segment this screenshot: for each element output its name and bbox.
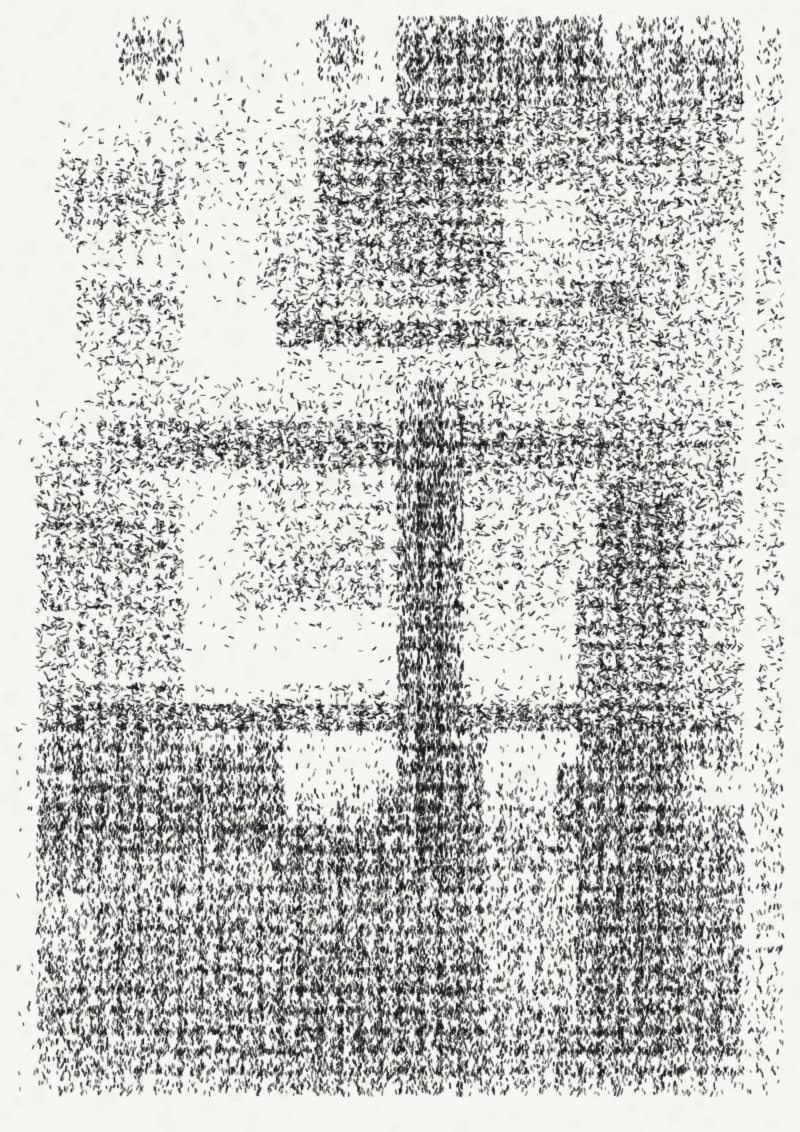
stipple-canvas <box>0 0 800 1132</box>
stipple-print <box>0 0 800 1132</box>
